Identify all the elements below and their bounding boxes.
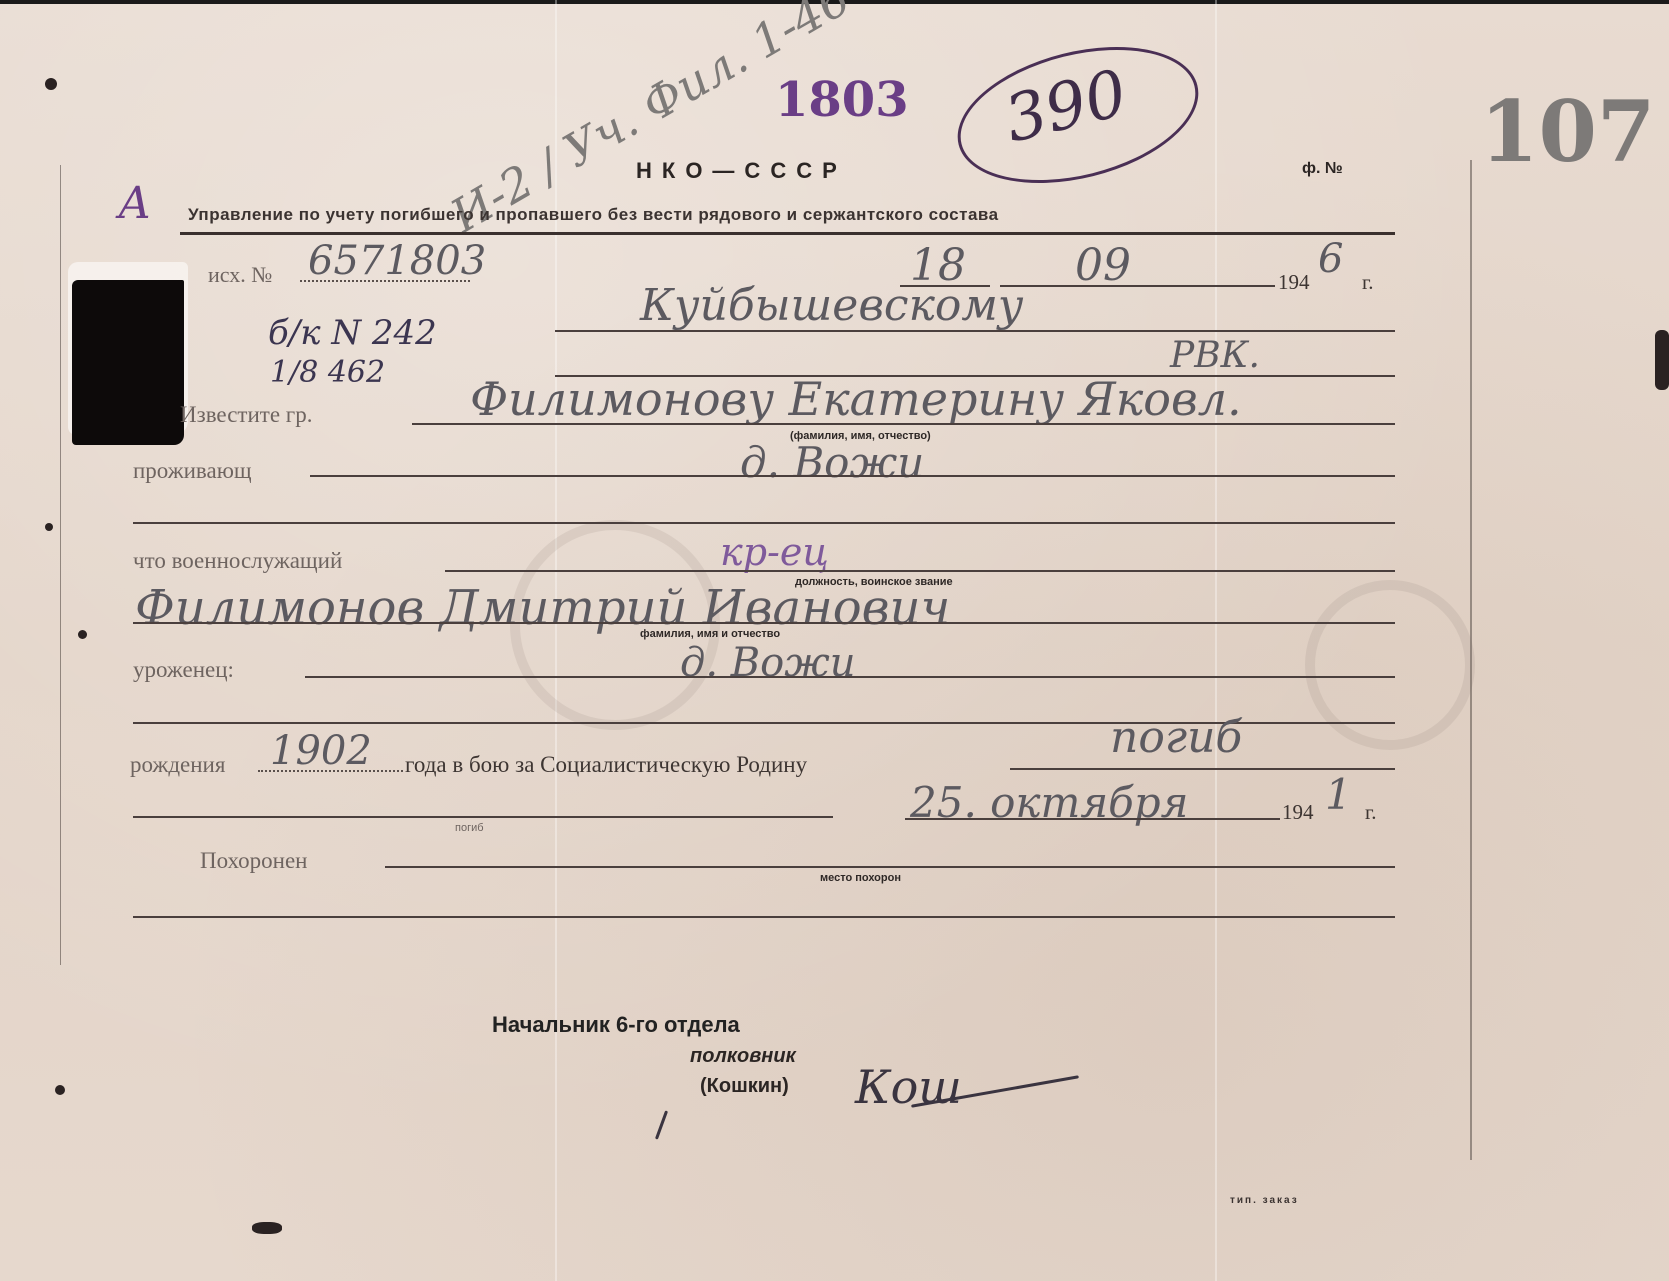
notify-label: Известите гр. <box>180 402 312 428</box>
residing-line <box>310 475 1395 477</box>
buried-caption: место похорон <box>820 872 901 884</box>
punch-hole <box>45 78 57 90</box>
rank-value: кр-ец <box>720 530 829 574</box>
print-order-mark: тип. заказ <box>1230 1195 1299 1206</box>
handwritten-signature: Кош <box>855 1060 962 1114</box>
buried-line-2 <box>133 916 1395 918</box>
buried-label: Похоронен <box>200 848 308 874</box>
outgoing-number-line <box>300 280 470 282</box>
year-unit: г. <box>1362 270 1374 295</box>
addressee-line1: Куйбышевскому <box>640 280 1023 331</box>
year-prefix: 194 <box>1278 270 1310 295</box>
notify-value: Филимонову Екатерину Яковл. <box>470 372 1242 426</box>
native-value: д. Вожи <box>680 640 856 686</box>
outgoing-label: исх. № <box>208 262 272 288</box>
fold-crease <box>1215 0 1217 1281</box>
death-year-unit: г. <box>1365 800 1377 825</box>
addressee-line2: РВК. <box>1170 335 1260 376</box>
binding-margin-line <box>60 165 61 965</box>
signatory-title: Начальник 6-го отдела <box>492 1012 740 1037</box>
name-caption: фамилия, имя и отчество <box>640 628 780 640</box>
death-year-prefix: 194 <box>1282 800 1314 825</box>
year-suffix: 6 <box>1318 236 1343 282</box>
sheet-number: 107 <box>1480 82 1655 181</box>
birth-year: 1902 <box>270 728 372 774</box>
outgoing-number: 6571803 <box>308 238 486 284</box>
serviceman-label: что военнослужащий <box>133 548 342 574</box>
notify-line <box>412 423 1395 425</box>
native-label: уроженец: <box>133 657 234 683</box>
redaction-patch <box>72 280 184 445</box>
form-number-mark: ф. № <box>1302 160 1343 178</box>
edge-tear <box>1655 330 1669 390</box>
signatory-rank: полковник <box>690 1045 796 1068</box>
birth-year-line <box>258 770 403 772</box>
died-caption: погиб <box>455 822 484 834</box>
addressee-line <box>555 330 1395 332</box>
header-rule <box>180 232 1395 235</box>
residing-label: проживающ <box>133 458 252 484</box>
birth-label: рождения <box>130 752 225 778</box>
punch-hole <box>55 1085 65 1095</box>
date-month: 09 <box>1075 240 1131 291</box>
battle-text: года в бою за Социалистическую Родину <box>405 752 807 778</box>
margin-mark: А <box>118 178 151 229</box>
serviceman-name: Филимонов Дмитрий Иванович <box>135 580 950 636</box>
agency-header: НКО—СССР <box>636 158 847 184</box>
residing-line-2 <box>133 522 1395 524</box>
faded-stamp <box>1305 580 1475 750</box>
name-line <box>133 622 1395 624</box>
residing-value: д. Вожи <box>740 438 924 487</box>
death-date-line <box>905 818 1280 820</box>
punch-hole <box>252 1222 282 1234</box>
punch-hole <box>78 630 87 639</box>
signatory-title-bold: Начальник 6-го отдела <box>492 1012 740 1038</box>
outcome-value: погиб <box>1110 712 1242 763</box>
registry-number: 1803 <box>775 72 909 128</box>
native-line <box>305 676 1395 678</box>
reference-line2: 1/8 462 <box>270 355 385 390</box>
punch-hole <box>45 523 53 531</box>
buried-line <box>385 866 1395 868</box>
death-place-line <box>133 816 833 818</box>
signatory-name: (Кошкин) <box>700 1075 789 1098</box>
department-title: Управление по учету погибшего и пропавше… <box>188 205 999 225</box>
rank-line <box>445 570 1395 572</box>
date-month-line <box>1000 285 1275 287</box>
death-year-suffix: 1 <box>1325 770 1352 819</box>
reference-line1: б/к N 242 <box>268 313 437 353</box>
